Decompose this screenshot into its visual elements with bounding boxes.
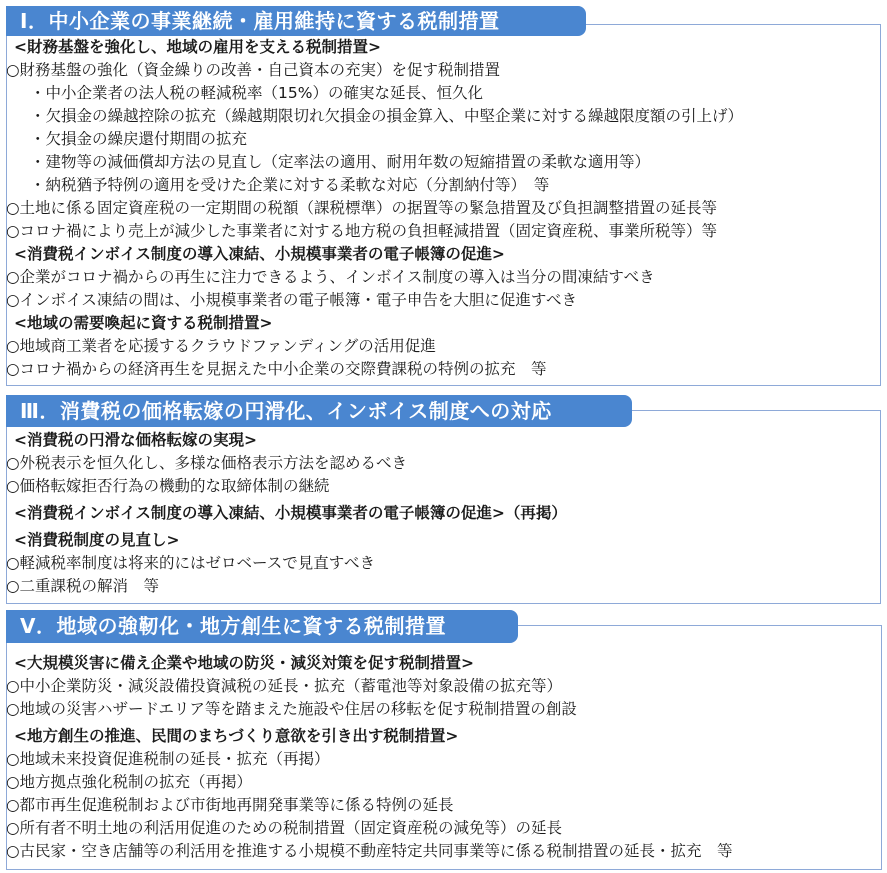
sub-list-item: ・納税猶予特例の適用を受けた企業に対する柔軟な対応（分割納付等） 等 — [6, 174, 881, 197]
list-item: ○土地に係る固定資産税の一定期間の税額（課税標準）の据置等の緊急措置及び負担調整… — [6, 197, 881, 220]
section-3-body: <消費税の円滑な価格転嫁の実現> ○外税表示を恒久化し、多様な価格表示方法を認め… — [6, 429, 881, 598]
list-item: ○価格転嫁拒否行為の機動的な取締体制の継続 — [6, 475, 881, 498]
list-item: ○財務基盤の強化（資金繰りの改善・自己資本の充実）を促す税制措置 — [6, 59, 881, 82]
section-1: Ⅰ．中小企業の事業継続・雇用維持に資する税制措置 <財務基盤を強化し、地域の雇用… — [6, 6, 881, 386]
subheading: <消費税インボイス制度の導入凍結、小規模事業者の電子帳簿の促進>（再掲） — [6, 502, 881, 525]
list-item: ○コロナ禍からの経済再生を見据えた中小企業の交際費課税の特例の拡充 等 — [6, 358, 881, 381]
list-item: ○古民家・空き店舗等の利活用を推進する小規模不動産特定共同事業等に係る税制措置の… — [6, 840, 882, 863]
section-1-title: Ⅰ．中小企業の事業継続・雇用維持に資する税制措置 — [6, 6, 586, 36]
list-item: ○地域商工業者を応援するクラウドファンディングの活用促進 — [6, 335, 881, 358]
section-5-body: <大規模災害に備え企業や地域の防災・減災対策を促す税制措置> ○中小企業防災・減… — [6, 652, 882, 863]
list-item: ○地域未来投資促進税制の延長・拡充（再掲） — [6, 748, 882, 771]
subheading: <消費税インボイス制度の導入凍結、小規模事業者の電子帳簿の促進> — [6, 243, 881, 266]
subheading: <地方創生の推進、民間のまちづくり意欲を引き出す税制措置> — [6, 725, 882, 748]
subheading: <消費税制度の見直し> — [6, 529, 881, 552]
list-item: ○二重課税の解消 等 — [6, 575, 881, 598]
section-5-title: Ⅴ．地域の強靭化・地方創生に資する税制措置 — [6, 610, 518, 643]
list-item: ○インボイス凍結の間は、小規模事業者の電子帳簿・電子申告を大胆に促進すべき — [6, 289, 881, 312]
list-item: ○所有者不明土地の利活用促進のための税制措置（固定資産税の減免等）の延長 — [6, 817, 882, 840]
subheading: <大規模災害に備え企業や地域の防災・減災対策を促す税制措置> — [6, 652, 882, 675]
sub-list-item: ・欠損金の繰越控除の拡充（繰越期限切れ欠損金の損金算入、中堅企業に対する繰越限度… — [6, 105, 881, 128]
section-3: Ⅲ．消費税の価格転嫁の円滑化、インボイス制度への対応 <消費税の円滑な価格転嫁の… — [6, 395, 881, 604]
section-3-title: Ⅲ．消費税の価格転嫁の円滑化、インボイス制度への対応 — [6, 395, 632, 427]
sub-list-item: ・建物等の減価償却方法の見直し（定率法の適用、耐用年数の短縮措置の柔軟な適用等） — [6, 151, 881, 174]
sub-list-item: ・中小企業者の法人税の軽減税率（15%）の確実な延長、恒久化 — [6, 82, 881, 105]
list-item: ○軽減税率制度は将来的にはゼロベースで見直すべき — [6, 552, 881, 575]
section-1-body: <財務基盤を強化し、地域の雇用を支える税制措置> ○財務基盤の強化（資金繰りの改… — [6, 36, 881, 381]
subheading: <財務基盤を強化し、地域の雇用を支える税制措置> — [6, 36, 881, 59]
subheading: <消費税の円滑な価格転嫁の実現> — [6, 429, 881, 452]
list-item: ○地方拠点強化税制の拡充（再掲） — [6, 771, 882, 794]
list-item: ○コロナ禍により売上が減少した事業者に対する地方税の負担軽減措置（固定資産税、事… — [6, 220, 881, 243]
list-item: ○中小企業防災・減災設備投資減税の延長・拡充（蓄電池等対象設備の拡充等） — [6, 675, 882, 698]
list-item: ○都市再生促進税制および市街地再開発事業等に係る特例の延長 — [6, 794, 882, 817]
subheading: <地域の需要喚起に資する税制措置> — [6, 312, 881, 335]
list-item: ○地域の災害ハザードエリア等を踏まえた施設や住居の移転を促す税制措置の創設 — [6, 698, 882, 721]
list-item: ○企業がコロナ禍からの再生に注力できるよう、インボイス制度の導入は当分の間凍結す… — [6, 266, 881, 289]
sub-list-item: ・欠損金の繰戻還付期間の拡充 — [6, 128, 881, 151]
section-5: Ⅴ．地域の強靭化・地方創生に資する税制措置 <大規模災害に備え企業や地域の防災・… — [6, 610, 882, 870]
list-item: ○外税表示を恒久化し、多様な価格表示方法を認めるべき — [6, 452, 881, 475]
